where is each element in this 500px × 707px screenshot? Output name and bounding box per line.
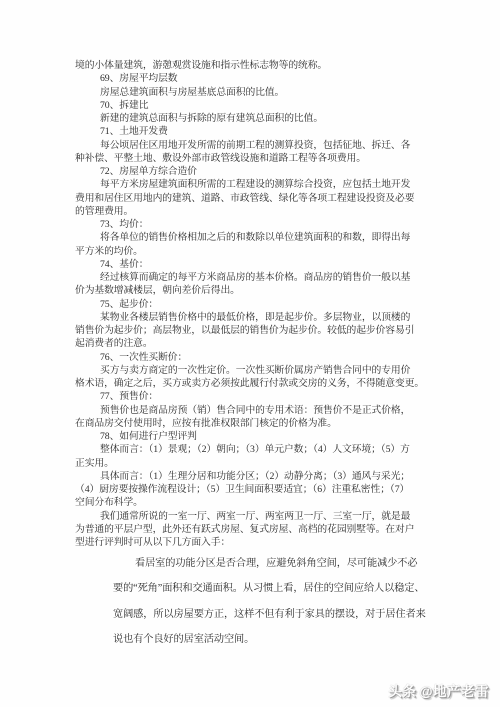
quote-text-line: 要的“死角”面积和交通面积。从习惯上看，居住的空间应给人以稳定、: [113, 576, 453, 601]
toutiao-brand-label: 头条: [388, 684, 416, 699]
body-text-line: 为普通的平层户型，此外还有跃式房屋、复式房屋、高档的花园别墅等。在对户: [75, 523, 440, 536]
term-heading-line: 77、预售价：: [75, 390, 440, 403]
body-text-line: 预售价也是商品房预（销）售合同中的专用术语：预售价不是正式价格，: [75, 404, 440, 417]
body-text-line: 经过核算而确定的每平方米商品房的基本价格。商品房的销售价一般以基: [75, 271, 440, 284]
body-text-line: 境的小体量建筑，游憩观赏设施和指示性标志物等的统称。: [75, 59, 440, 72]
body-text-line: 销售价为起步价；高层物业，以最低层的销售价为起步价。较低的起步价容易引: [75, 324, 440, 337]
body-text-line: 我们通常所说的一室一厅、两室一厅、两室两卫一厅、三室一厅，就是最: [75, 510, 440, 523]
body-text-line: 具体而言：（1）生理分居和功能分区；（2）动静分离；（3）通风与采光；: [75, 470, 440, 483]
body-text-line: 某物业各楼层销售价格中的最低价格，即是起步价。多层物业，以顶楼的: [75, 311, 440, 324]
quote-text-line: 宽阔感，所以房屋要方正，这样不但有利于家具的摆设，对于居住者来: [113, 602, 453, 627]
watermark: 头条@地产老雷: [388, 680, 489, 700]
body-text-line: 格术语，确定之后，买方或卖方必须按此履行付款或交房的义务，不得随意变更。: [75, 377, 440, 390]
term-heading-line: 78、如何进行户型评判: [75, 430, 440, 443]
body-text-line: 种补偿、平整土地、敷设外部市政管线设施和道路工程等各项费用。: [75, 152, 440, 165]
body-text-line: 新建的建筑总面积与拆除的原有建筑总面积的比值。: [75, 112, 440, 125]
blockquote: 看居室的功能分区是否合理，应避免斜角空间，尽可能减少不必要的“死角”面积和交通面…: [113, 551, 453, 653]
quote-text-line: 说也有个良好的居室活动空间。: [113, 627, 453, 652]
body-text-line: 起消费者的注意。: [75, 337, 440, 350]
term-heading-line: 72、房屋单方综合造价: [75, 165, 440, 178]
body-text-line: 平方米的均价。: [75, 245, 440, 258]
body-text-line: 在商品房交付使用时，应按有批准权限部门核定的价格为准。: [75, 417, 440, 430]
body-text-line: 正实用。: [75, 457, 440, 470]
body-text-line: 将各单位的销售价格相加之后的和数除以单位建筑面积的和数，即得出每: [75, 231, 440, 244]
term-heading-line: 75、起步价：: [75, 298, 440, 311]
term-heading-line: 69、房屋平均层数: [75, 72, 440, 85]
body-text-line: 每公顷居住区用地开发所需的前期工程的测算投资，包括征地、拆迁、各: [75, 139, 440, 152]
body-text-line: 空间分布科学。: [75, 496, 440, 509]
body-text-line: 型进行评判时可从以下几方面入手：: [75, 536, 440, 549]
body-text-line: 的管理费用。: [75, 205, 440, 218]
term-heading-line: 74、基价：: [75, 258, 440, 271]
document-page: 境的小体量建筑，游憩观赏设施和指示性标志物等的统称。69、房屋平均层数房屋总建筑…: [0, 0, 500, 707]
body-text-line: 买方与卖方商定的一次性定价。一次性买断价属房产销售合同中的专用价: [75, 364, 440, 377]
watermark-handle: @地产老雷: [419, 684, 489, 699]
term-heading-line: 76、一次性买断价：: [75, 351, 440, 364]
quote-text-line: 看居室的功能分区是否合理，应避免斜角空间，尽可能减少不必: [113, 551, 453, 576]
body-text-line: 整体而言：（1）景观；（2）朝向；（3）单元户数；（4）人文环境；（5）方: [75, 443, 440, 456]
term-heading-line: 71、土地开发费: [75, 125, 440, 138]
body-text-line: 费用和居住区用地内的建筑、道路、市政管线、绿化等各项工程建设投资及必要: [75, 192, 440, 205]
term-heading-line: 73、均价：: [75, 218, 440, 231]
document-body: 境的小体量建筑，游憩观赏设施和指示性标志物等的统称。69、房屋平均层数房屋总建筑…: [75, 59, 440, 549]
body-text-line: 房屋总建筑面积与房屋基底总面积的比值。: [75, 86, 440, 99]
term-heading-line: 70、拆建比: [75, 99, 440, 112]
body-text-line: 价为基数增减楼层，朝向差价后得出。: [75, 284, 440, 297]
body-text-line: 每平方米房屋建筑面积所需的工程建设的测算综合投资，应包括土地开发: [75, 178, 440, 191]
body-text-line: （4）厨房要按操作流程设计；（5）卫生间面积要适宜；（6）注重私密性；（7）: [75, 483, 440, 496]
